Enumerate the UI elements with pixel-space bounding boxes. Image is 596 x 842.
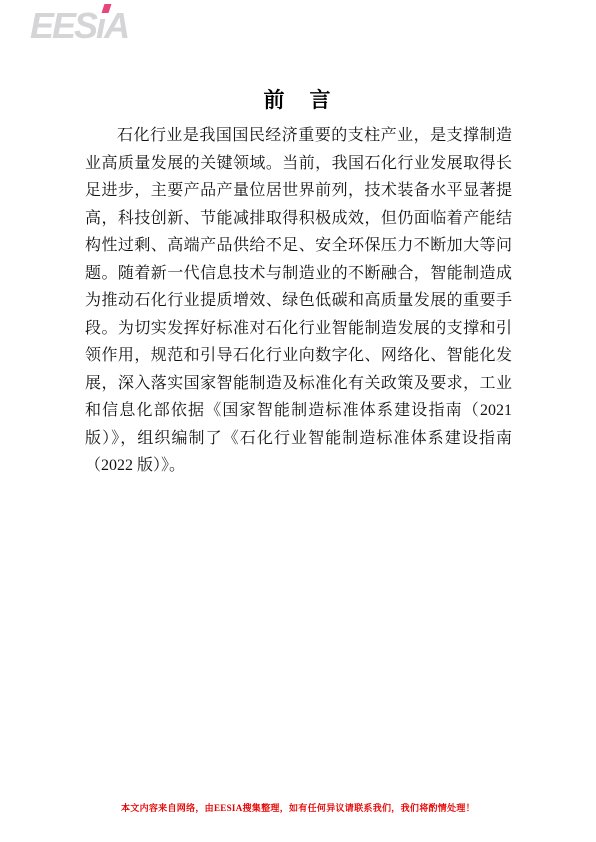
text-line: 业高质量发展的关键领域。当前，我国石化行业发展取得长 bbox=[85, 150, 512, 178]
page-title: 前 言 bbox=[0, 84, 596, 114]
text-line: （2022 版）》。 bbox=[85, 452, 512, 480]
text-line: 领作用，规范和引导石化行业向数字化、网络化、智能化发 bbox=[85, 342, 512, 370]
logo-letter-i: ı bbox=[96, 6, 104, 46]
text-line: 石化行业是我国国民经济重要的支柱产业，是支撑制造 bbox=[85, 122, 512, 150]
text-line: 版）》，组织编制了《石化行业智能制造标准体系建设指南 bbox=[85, 425, 512, 453]
text-line: 和信息化部依据《国家智能制造标准体系建设指南（2021 bbox=[85, 397, 512, 425]
eesia-logo: EESıA bbox=[30, 6, 128, 46]
text-line: 构性过剩、高端产品供给不足、安全环保压力不断加大等问 bbox=[85, 232, 512, 260]
text-line: 展，深入落实国家智能制造及标准化有关政策及要求，工业 bbox=[85, 370, 512, 398]
preface-paragraph: 石化行业是我国国民经济重要的支柱产业，是支撑制造业高质量发展的关键领域。当前，我… bbox=[85, 122, 512, 480]
text-line: 为推动石化行业提质增效、绿色低碳和高质量发展的重要手 bbox=[85, 287, 512, 315]
logo-text-before-i: EES bbox=[30, 5, 96, 46]
text-line: 题。随着新一代信息技术与制造业的不断融合，智能制造成 bbox=[85, 260, 512, 288]
footer-disclaimer: 本文内容来自网络，由EESIA搜集整理，如有任何异议请联系我们，我们将酌情处理！ bbox=[0, 801, 596, 814]
text-line: 高，科技创新、节能减排取得积极成效，但仍面临着产能结 bbox=[85, 205, 512, 233]
text-line: 段。为切实发挥好标准对石化行业智能制造发展的支撑和引 bbox=[85, 315, 512, 343]
document-page: EESıA 前 言 石化行业是我国国民经济重要的支柱产业，是支撑制造业高质量发展… bbox=[0, 0, 596, 842]
text-line: 足进步，主要产品产量位居世界前列，技术装备水平显著提 bbox=[85, 177, 512, 205]
